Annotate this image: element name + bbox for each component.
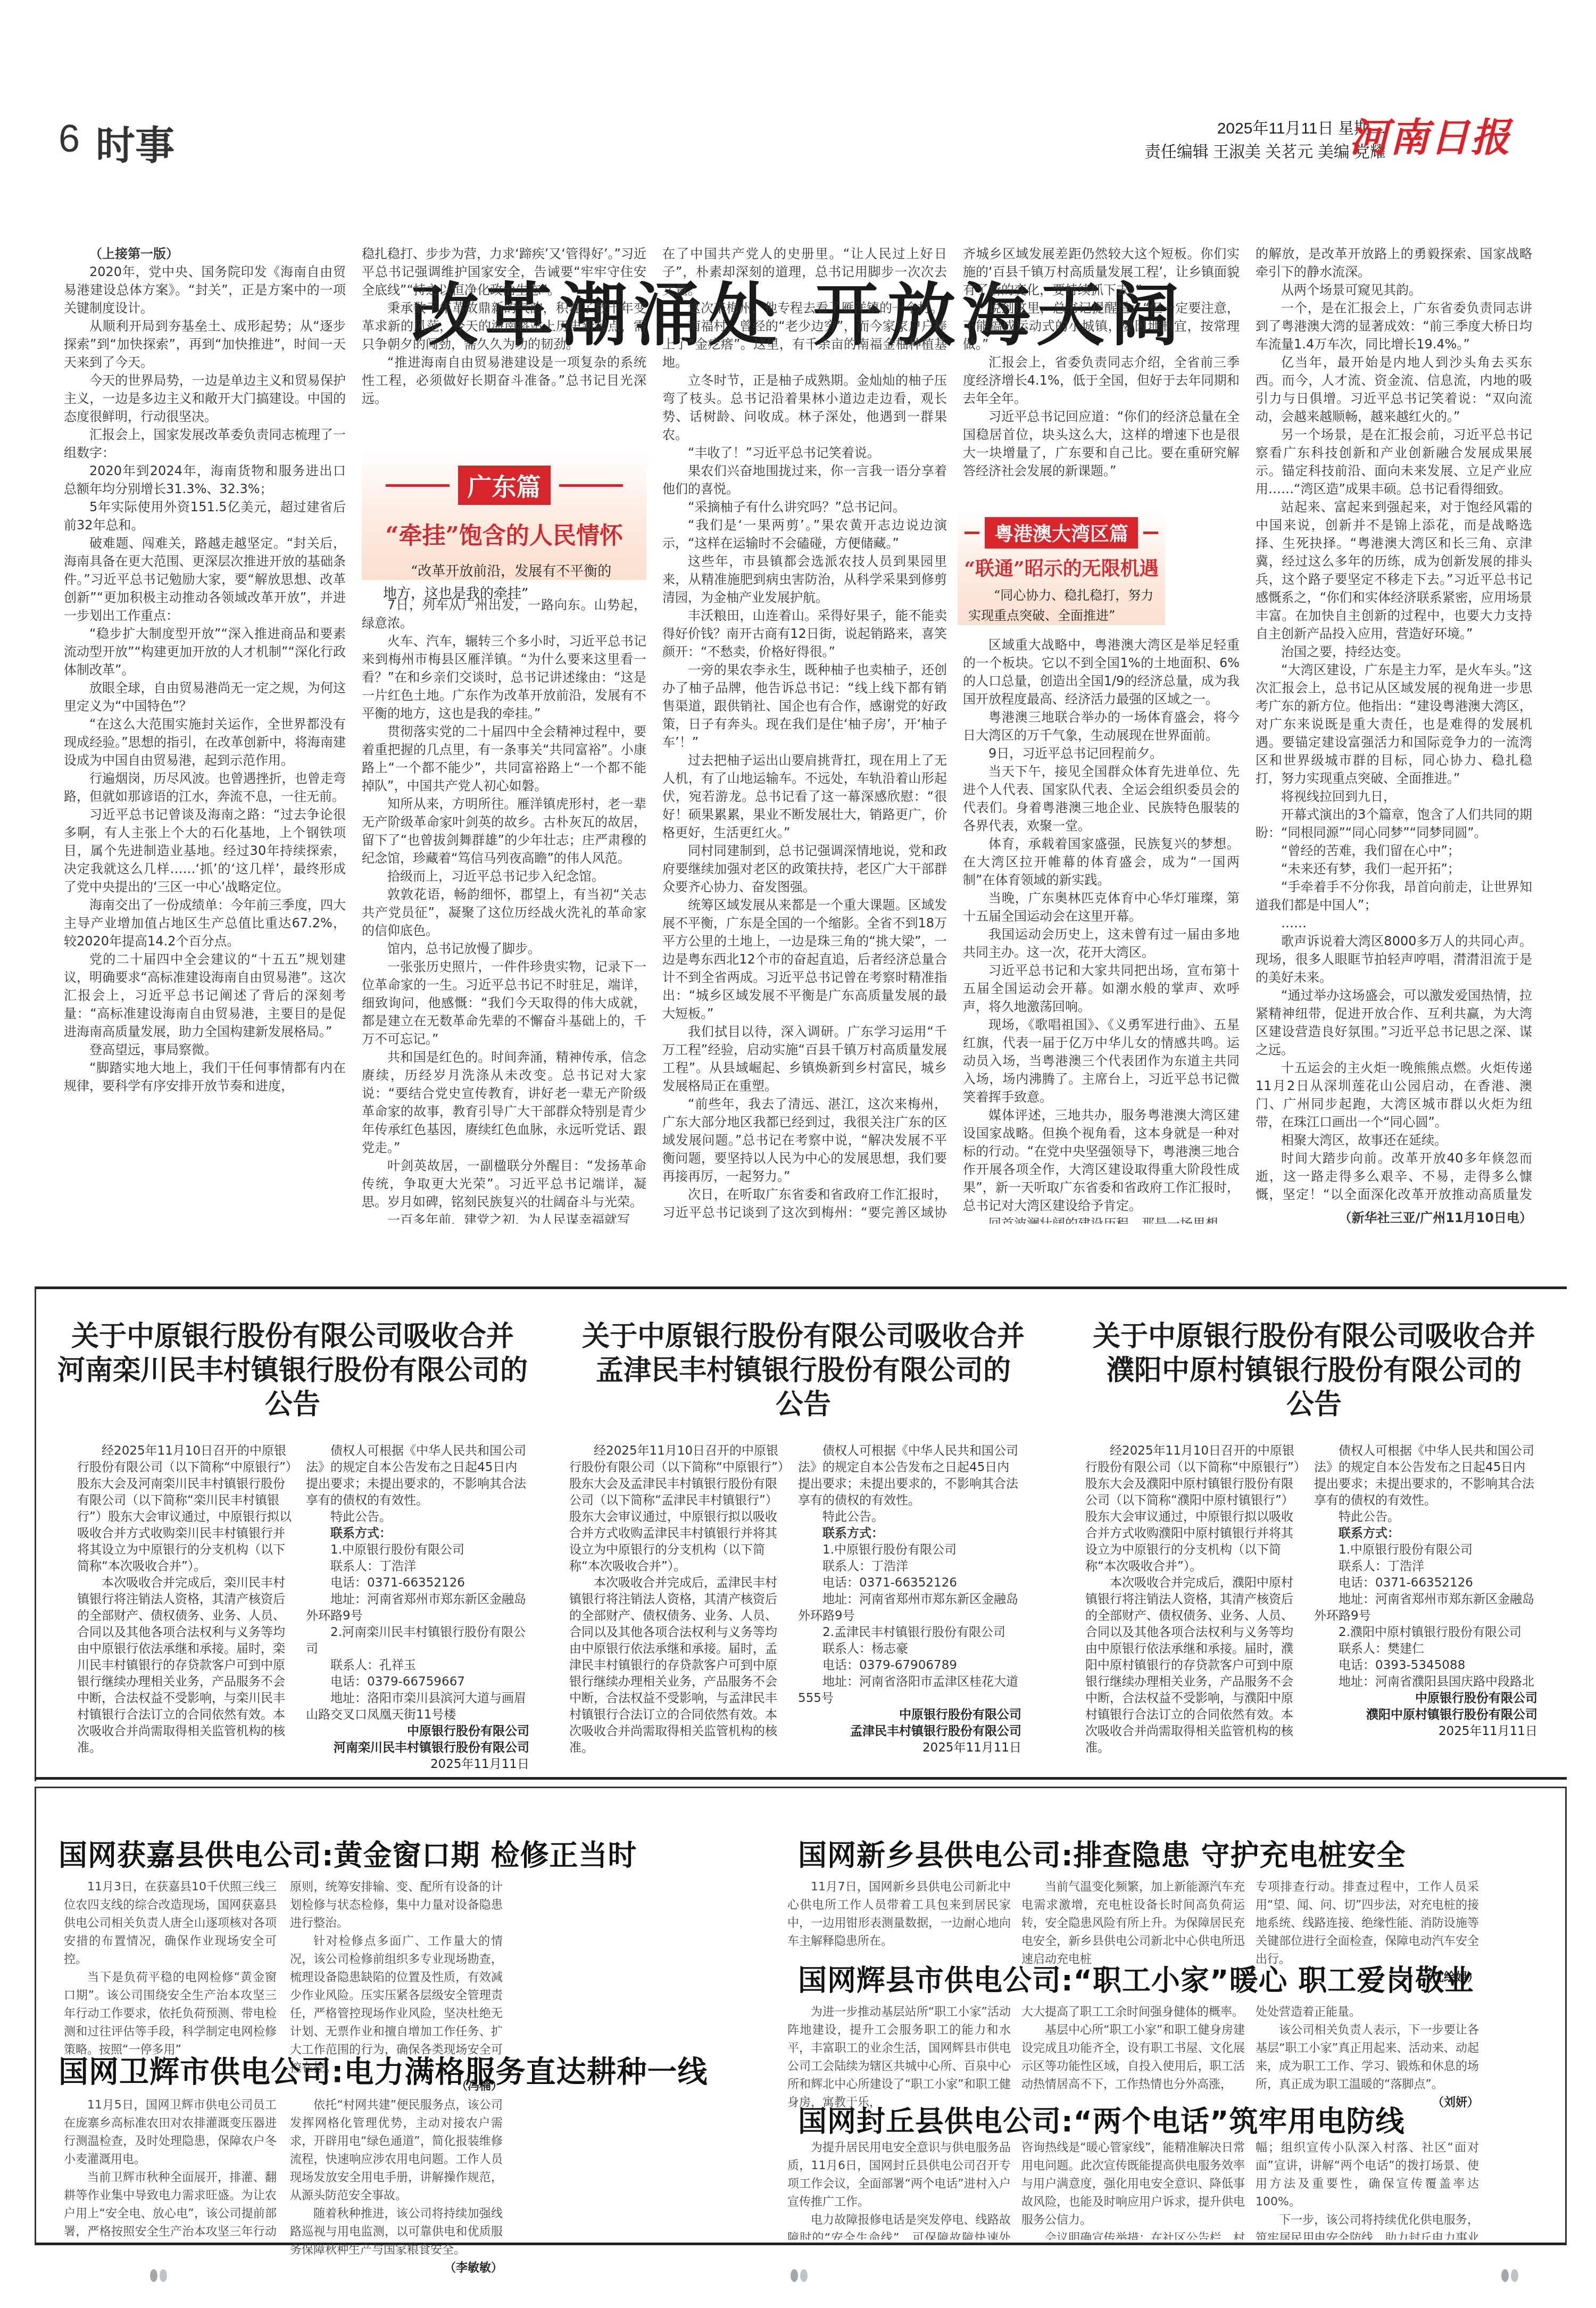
paragraph: 下一步，该公司将持续优化供电服务，筑牢居民用电安全防线，助力封丘电力事业高质量发… [1256, 2211, 1479, 2240]
paragraph: “在这么大范围实施封关运作，全世界都没有现成经验。”思想的指引，在改革创新中，将… [64, 715, 346, 769]
paragraph: “大湾区建设，广东是主力军，是火车头。”这次汇报会上，总书记从区域发展的视角进一… [1256, 661, 1532, 787]
paragraph: “脚踏实地大地上，我们干任何事情都有内在规律，要科学有序安排开放节奏和进度， [64, 1059, 346, 1095]
title-line: 公告 [548, 1388, 1059, 1422]
paragraph: 将视线拉回到九日， [1256, 787, 1532, 806]
section-name: 时事 [96, 114, 174, 171]
article-weihui-col1: 11月5日，国网卫辉市供电公司员工在庞寨乡高标准农田对农排灌溉变压器进行测温检查… [64, 2096, 277, 2237]
signatory: 中原银行股份有限公司 [1314, 1690, 1537, 1707]
paragraph: 会议明确宣传举措：在社区公告栏、村便民服务中心等醒目位置张贴海报、悬挂横 [1021, 2229, 1245, 2240]
contact-phone: 电话：0379-67906789 [798, 1657, 1021, 1674]
signatory: 孟津民丰村镇银行股份有限公司 [798, 1723, 1021, 1740]
decorative-rule [386, 484, 450, 487]
registration-mark [150, 2269, 167, 2282]
article-title-xinxiang: 国网新乡县供电公司:排查隐患 守护充电桩安全 [798, 1833, 1406, 1874]
title-line: 公告 [37, 1388, 548, 1422]
paragraph: 敦敦花语，畅韵细怀，郡望上，有当初“关志共产党员征”，凝聚了这位历经战火洗礼的革… [362, 885, 646, 940]
signatory: 中原银行股份有限公司 [306, 1723, 529, 1740]
paragraph: 相聚大湾区，故事还在延续。 [1256, 1131, 1532, 1149]
contact-phone: 电话：0379-66759667 [306, 1674, 529, 1690]
article-huixian-col3: 处处营造着正能量。 该公司相关负责人表示，下一步要让各基层“职工小家”真正用起来… [1256, 2003, 1479, 2112]
paragraph: 特此公告。 [306, 1509, 529, 1525]
paragraph: 习近平总书记和大家共同把出场，宣布第十五届全国运动会开幕。如潮水般的掌声、欢呼声… [963, 961, 1240, 1016]
paragraph: “未来还有梦，我们一起开拓”； [1256, 860, 1532, 878]
contact-phone: 电话：0371-66352126 [306, 1575, 529, 1591]
article-fengqiu-col3: 幅；组织宣传小队深入村落、社区“面对面”宣讲，讲解“两个电话”的拨打场景、使用方… [1256, 2139, 1479, 2240]
contact-heading: 联系方式： [1314, 1525, 1537, 1542]
paragraph: 债权人可根据《中华人民共和国公司法》的规定自本公告发布之日起45日内提出要求；未… [1314, 1443, 1537, 1509]
article-column-1: （上接第一版） 2020年，党中央、国务院印发《海南自由贸易港建设总体方案》。“… [64, 245, 346, 1224]
contact-person: 联系人：孔祥玉 [306, 1657, 529, 1674]
paragraph: 媒体评述，三地共办，服务粤港澳大湾区建设国家战略。但换个视角看，这本身就是一种对… [963, 1106, 1240, 1215]
paragraph: 时间大踏步向前。改革开放40多年倏忽而逝，这一路走得多么艰辛、不易，走得多么慷慨… [1256, 1149, 1532, 1202]
paragraph: 火车、汽车，辗转三个多小时，习近平总书记来到梅州市梅县区雁洋镇。“为什么要来这里… [362, 632, 646, 723]
article-huojia-col1: 11月3日，在获嘉县10千伏照三线三位农四支线的综合改造现场，国网获嘉县供电公司… [64, 1878, 277, 2059]
paragraph: 当前卫辉市秋种全面展开，排灌、翻耕等作业集中导致电力需求旺盛。为让农户用上“安全… [64, 2169, 277, 2237]
contact-org: 1.中原银行股份有限公司 [306, 1542, 529, 1558]
article-huixian-col2: 大大提高了职工工余时间强身健体的概率。 基层中心所“职工小家”和职工健身房建设完… [1021, 2003, 1245, 2094]
paragraph: 粤港澳三地联合举办的一场体育盛会，将今日大湾区的万千气象，生动展现在世界面前。 [963, 708, 1240, 744]
paragraph: 2020年，党中央、国务院印发《海南自由贸易港建设总体方案》。“封关”，正是方案… [64, 263, 346, 317]
paragraph: 过去把柚子运出山要肩挑背扛，现在用上了无人机，有了山地运输车。不远处，车轨沿着山… [662, 751, 947, 842]
title-line: 公告 [1059, 1388, 1569, 1422]
paragraph: “采摘柚子有什么讲究吗？”总书记问。 [662, 498, 947, 516]
paragraph: 随着秋种推进，该公司将持续加强线路巡视与用电监测，以可靠供电和优质服务保障秋种生… [290, 2205, 503, 2259]
contact-org: 2.濮阳中原村镇银行股份有限公司 [1314, 1624, 1537, 1641]
title-line: 关于中原银行股份有限公司吸收合并 [1059, 1319, 1569, 1354]
decorative-rule [1143, 532, 1158, 534]
dateline: （新华社三亚/广州11月10日电） [1256, 1209, 1532, 1227]
paragraph: 5年实际使用外资151.5亿美元，超过建省后前32年总和。 [64, 498, 346, 534]
paragraph: 当天下午，接见全国群众体育先进单位、先进个人代表、国家队代表、全运会组织委员会的… [963, 762, 1240, 835]
article-column-3: 在了中国共产党人的史册里。“让人民过上好日子”，朴素却深刻的道理，总书记用脚步一… [662, 245, 947, 1224]
paragraph: “手牵着手不分你我，昂首向前走，让世界知道我们都是中国人”； [1256, 878, 1532, 914]
gba-pullquote-box: 粤港澳大湾区篇 “联通”昭示的无限机遇 “同心协力、稳扎稳打，努力实现重点突破、… [958, 511, 1165, 625]
paragraph: 歌声诉说着大湾区8000多万人的共同心声。现场，很多人眼眶节拍轻声哼唱，潸潸泪流… [1256, 932, 1532, 986]
contact-org: 1.中原银行股份有限公司 [1314, 1542, 1537, 1558]
article-title-huixian: 国网辉县市供电公司:“职工小家”暖心 职工爱岗敬业 [798, 1958, 1474, 1999]
paragraph: 经2025年11月10日召开的中原银行股份有限公司（以下简称“中原银行”）股东大… [1085, 1443, 1303, 1575]
notice-luanchuan: 关于中原银行股份有限公司吸收合并 河南栾川民丰村镇银行股份有限公司的 公告 经2… [37, 1319, 548, 1773]
contact-person: 联系人：杨志豪 [798, 1641, 1021, 1657]
paragraph: 行遍烟岗，历尽风波。也曾遇挫折，也曾走弯路，但就如那谚语的江水，奔流不息，一往无… [64, 769, 346, 806]
paragraph: 一旁的果农李永生，既种柚子也卖柚子，还创办了柚子品牌，他告诉总书记：“线上线下都… [662, 661, 947, 751]
article-xinxiang-col2: 当前气温变化频繁，加上新能源汽车充电需求激增，充电桩设备长时间高负荷运转，安全隐… [1021, 1878, 1245, 1969]
newspaper-logo: 河南日报 [1349, 106, 1511, 163]
paragraph: 这些年，市县镇都会选派农技人员到果园里来，从精准施肥到病虫害防治，从科学采果到修… [662, 552, 947, 607]
registration-mark [791, 2269, 808, 2282]
article-title-huojia: 国网获嘉县供电公司:黄金窗口期 检修正当时 [59, 1833, 637, 1874]
paragraph: 今天的世界局势，一边是单边主义和贸易保护主义，一边是多边主义和敞开大门搞建设。中… [64, 371, 346, 426]
paragraph: 经2025年11月10日召开的中原银行股份有限公司（以下简称“中原银行”）股东大… [569, 1443, 787, 1575]
paragraph: 回首波澜壮阔的建设历程，那是一场思想 [963, 1215, 1240, 1224]
paragraph: 馆内，总书记放慢了脚步。 [362, 940, 646, 958]
paragraph: 幅；组织宣传小队深入村落、社区“面对面”宣讲，讲解“两个电话”的拨打场景、使用方… [1256, 2139, 1479, 2211]
subsection-title: “联通”昭示的无限机遇 [958, 554, 1165, 581]
notice-left-column: 经2025年11月10日召开的中原银行股份有限公司（以下简称“中原银行”）股东大… [569, 1443, 787, 1756]
paragraph: 共和国是红色的。时间奔涌，精神传承，信念赓续，历经岁月洗涤从未改变。总书记对大家… [362, 1048, 646, 1157]
paragraph: 我国运动会历史上，这未曾有过一届由多地共同主办。这一次，花开大湾区。 [963, 925, 1240, 961]
decorative-rule [965, 532, 979, 534]
paragraph: 习近平总书记回应道：“你们的经济总量在全国稳居首位，块头这么大，这样的增速下也是… [963, 408, 1240, 479]
paragraph: 特此公告。 [798, 1509, 1021, 1525]
paragraph: 党的二十届四中全会建议的“十五五”规划建议，明确要求“高标准建设海南自由贸易港”… [64, 950, 346, 1041]
paragraph: 9日，习近平总书记回程前夕。 [963, 744, 1240, 762]
notice-title: 关于中原银行股份有限公司吸收合并 濮阳中原村镇银行股份有限公司的 公告 [1059, 1319, 1569, 1422]
paragraph: 在了中国共产党人的史册里。“让人民过上好日子”，朴素却深刻的道理，总书记用脚步一… [662, 245, 947, 299]
paragraph: 站起来、富起来到强起来，对于饱经风霜的中国来说，创新并不是锦上添花，而是战略选择… [1256, 498, 1532, 643]
paragraph: 11月5日，国网卫辉市供电公司员工在庞寨乡高标准农田对农排灌溉变压器进行测温检查… [64, 2096, 277, 2169]
article-title-fengqiu: 国网封丘县供电公司:“两个电话”筑牢用电防线 [798, 2099, 1405, 2140]
paragraph: 当下是负荷平稳的电网检修“黄金窗口期”。该公司围绕安全生产治本攻坚三年行动工作要… [64, 1969, 277, 2059]
paragraph: …… [1256, 914, 1532, 932]
paragraph: 区域重大战略中，粤港澳大湾区是举足轻重的一个板块。它以不到全国1%的土地面积、6… [963, 636, 1240, 708]
paragraph: 原则，统筹安排输、变、配所有设备的计划检修与状态检修，集中力量对设备隐患进行整治… [290, 1878, 503, 1932]
paragraph: “前些年，我去了清远、湛江，这次来梅州，广东大部分地区我都已经到过，我很关注广东… [662, 1095, 947, 1185]
pull-quote: “同心协力、稳扎稳打，努力实现重点突破、全面推进” [958, 585, 1165, 626]
contact-person: 联系人：丁浩洋 [1314, 1558, 1537, 1575]
notice-right-column: 债权人可根据《中华人民共和国公司法》的规定自本公告发布之日起45日内提出要求；未… [1314, 1443, 1537, 1756]
paragraph: “推进海南自由贸易港建设是一项复杂的系统性工程，必须做好长期奋斗准备。”总书记目… [362, 353, 646, 408]
contact-phone: 电话：0393-5345088 [1314, 1657, 1537, 1674]
guangdong-pullquote-box: 广东篇 “牵挂”饱含的人民情怀 “改革开放前沿，发展有不平衡的地方，这也是我的牵… [362, 450, 646, 580]
notice-right-column: 债权人可根据《中华人民共和国公司法》的规定自本公告发布之日起45日内提出要求；未… [306, 1443, 529, 1773]
paragraph: 齐城乡区域发展差距仍然较大这个短板。你们实施的‘百县千镇万村高质量发展工程’，让… [963, 245, 1240, 299]
paragraph: 处处营造着正能量。 [1256, 2003, 1479, 2021]
paragraph: “稳步扩大制度型开放”“深入推进商品和要素流动型开放”“构建更加开放的人才机制”… [64, 625, 346, 679]
contact-person: 联系人：丁浩洋 [798, 1558, 1021, 1575]
paragraph: 当晚，广东奥林匹克体育中心华灯璀璨，第十五届全国运动会在这里开幕。 [963, 889, 1240, 925]
notice-date: 2025年11月11日 [798, 1740, 1021, 1756]
notice-title: 关于中原银行股份有限公司吸收合并 河南栾川民丰村镇银行股份有限公司的 公告 [37, 1319, 548, 1422]
contact-heading: 联系方式： [306, 1525, 529, 1542]
paragraph: 登高望远，事局察微。 [64, 1041, 346, 1059]
paragraph: 本次吸收合并完成后，濮阳中原村镇银行将注销法人资格，其清产核资后的全部财产、债权… [1085, 1575, 1303, 1756]
paragraph: 该公司相关负责人表示，下一步要让各基层“职工小家”真正用起来、活动来、动起来，成… [1256, 2021, 1479, 2094]
article-column-2-bottom: 7日，列车从广州出发，一路向东。山势起，绿意浓。 火车、汽车，辗转三个多小时，习… [362, 596, 646, 1224]
article-xinxiang-col1: 11月7日，国网新乡县供电公司新北中心供电所工作人员带着工具包来到居民家中，一边… [787, 1878, 1011, 1950]
notice-date: 2025年11月11日 [306, 1756, 529, 1773]
notice-left-column: 经2025年11月10日召开的中原银行股份有限公司（以下简称“中原银行”）股东大… [1085, 1443, 1303, 1756]
paragraph: 特此公告。 [1314, 1509, 1537, 1525]
contact-address: 地址：河南省郑州市郑东新区金融岛外环路9号 [1314, 1591, 1537, 1624]
registration-mark [1501, 2269, 1518, 2282]
paragraph: 本次吸收合并完成后，栾川民丰村镇银行将注销法人资格，其清产核资后的全部财产、债权… [77, 1575, 295, 1756]
title-line: 孟津民丰村镇银行股份有限公司的 [548, 1354, 1059, 1388]
paragraph: 11月3日，在获嘉县10千伏照三线三位农四支线的综合改造现场，国网获嘉县供电公司… [64, 1878, 277, 1969]
title-line: 河南栾川民丰村镇银行股份有限公司的 [37, 1354, 548, 1388]
paragraph: 依托“村网共建”便民服务点，该公司发挥网格化管理优势，主动对接农户需求，开辟用电… [290, 2096, 503, 2205]
article-column-4-bottom: 区域重大战略中，粤港澳大湾区是举足轻重的一个板块。它以不到全国1%的土地面积、6… [963, 636, 1240, 1224]
paragraph: 大大提高了职工工余时间强身健体的概率。 [1021, 2003, 1245, 2021]
contact-person: 联系人：丁浩洋 [306, 1558, 529, 1575]
signatory: 濮阳中原村镇银行股份有限公司 [1314, 1707, 1537, 1723]
paragraph: 11月7日，国网新乡县供电公司新北中心供电所工作人员带着工具包来到居民家中，一边… [787, 1878, 1011, 1950]
paragraph: 亿当年，最开始是内地人到沙头角去买东西。而今，人才流、资金流、信息流，内地的吸引… [1256, 353, 1532, 426]
paragraph: 咨询热线是“暖心管家线”，能精准解决日常用电问题。此次宣传既能提高供电服务效率与… [1021, 2139, 1245, 2229]
paragraph: 海南交出了一份成绩单：今年前三季度，四大主导产业增加值占地区生产总值比重达67.… [64, 896, 346, 950]
paragraph: 统筹区域发展从来都是一个重大课题。区域发展不平衡，广东是全国的一个缩影。全省不到… [662, 896, 947, 1023]
paragraph: 电力故障报修电话是突发停电、线路故障时的“安全生命线”，可保障故障快速处置；电力 [787, 2211, 1011, 2240]
paragraph: 2020年到2024年，海南货物和服务进出口总额年均分别增长31.3%、32.3… [64, 462, 346, 498]
article-column-5: 的解放，是改革开放路上的勇毅探索、国家战略牵引下的静水流深。 从两个场景可窥见其… [1256, 245, 1532, 1202]
section-tag: 广东篇 [458, 466, 551, 505]
decorative-rule [559, 484, 623, 487]
paragraph: 一百多年前，建党之初，为人民谋幸福就写 [362, 1211, 646, 1224]
author-credit: （李敏敏） [290, 2259, 503, 2277]
article-column-4-top: 齐城乡区域发展差距仍然较大这个短板。你们实施的‘百县千镇万村高质量发展工程’，让… [963, 245, 1240, 479]
paragraph: 一张张历史照片，一件件珍贵实物，记录下一位革命家的一生。习近平总书记不时驻足，端… [362, 958, 646, 1048]
notice-right-column: 债权人可根据《中华人民共和国公司法》的规定自本公告发布之日起45日内提出要求；未… [798, 1443, 1021, 1756]
paragraph: 当前气温变化频繁，加上新能源汽车充电需求激增，充电桩设备长时间高负荷运转，安全隐… [1021, 1878, 1245, 1969]
paragraph: 拾级而上，习近平总书记步入纪念馆。 [362, 867, 646, 885]
contact-address: 地址：河南省洛阳市孟津区桂花大道555号 [798, 1674, 1021, 1707]
signatory: 河南栾川民丰村镇银行股份有限公司 [306, 1740, 529, 1756]
paragraph: 贯彻落实党的二十届四中全会精神过程中，要着重把握的几点里，有一条事关“共同富裕”… [362, 723, 646, 795]
title-line: 濮阳中原村镇银行股份有限公司的 [1059, 1354, 1569, 1388]
paragraph: 汇报会上，国家发展改革委负责同志梳理了一组数字： [64, 426, 346, 462]
paragraph: 放眼全球，自由贸易港尚无一定之规，为何这里定义为“中国特色”？ [64, 679, 346, 715]
paragraph: 稳扎稳打、步步为营，力求‘蹄疾’又‘管得好’。”习近平总书记强调维护国家安全，告… [362, 245, 646, 299]
paragraph: 7日，列车从广州出发，一路向东。山势起，绿意浓。 [362, 596, 646, 632]
article-column-2-top: 稳扎稳打、步步为营，力求‘蹄疾’又‘管得好’。”习近平总书记强调维护国家安全，告… [362, 245, 646, 431]
paragraph: 本次吸收合并完成后，孟津民丰村镇银行将注销法人资格，其清产核资后的全部财产、债权… [569, 1575, 787, 1756]
paragraph: 体育，承载着国家盛强，民族复兴的梦想。在大湾区拉开帷幕的体育盛会，成为“一国两制… [963, 835, 1240, 889]
paragraph: 秉承数千年革故鼎新的气韵，积淀了数十年变革求新的风范，今天的海南将站上历史新起点… [362, 299, 646, 353]
contact-org: 1.中原银行股份有限公司 [798, 1542, 1021, 1558]
paragraph: 债权人可根据《中华人民共和国公司法》的规定自本公告发布之日起45日内提出要求；未… [306, 1443, 529, 1509]
paragraph: 治国之要，持经达变。 [1256, 643, 1532, 661]
paragraph: “丰收了！”习近平总书记笑着说。 [662, 444, 947, 462]
paragraph: “曾经的苦难，我们留在心中”； [1256, 842, 1532, 860]
paragraph: 这次来梅州，他专程去看了雁洋镇的一个村。 [662, 299, 947, 317]
paragraph: 同村同建制到，总书记强调深情地说，党和政府要继续加强对老区的政策扶持，老区广大干… [662, 842, 947, 896]
article-weihui-col2: 依托“村网共建”便民服务点，该公司发挥网格化管理优势，主动对接农户需求，开辟用电… [290, 2096, 503, 2277]
signatory: 中原银行股份有限公司 [798, 1707, 1021, 1723]
notice-puyang: 关于中原银行股份有限公司吸收合并 濮阳中原村镇银行股份有限公司的 公告 经202… [1059, 1319, 1569, 1756]
notice-title: 关于中原银行股份有限公司吸收合并 孟津民丰村镇银行股份有限公司的 公告 [548, 1319, 1059, 1422]
paragraph: 为提升居民用电安全意识与供电服务品质，11月6日，国网封丘县供电公司召开专项工作… [787, 2139, 1011, 2211]
paragraph: 从两个场景可窥见其韵。 [1256, 281, 1532, 299]
paragraph: 南福村，曾经的“老少边穷”，而今家家户户捧上了“金疙瘩”。这里，有千余亩的南福金… [662, 317, 947, 371]
paragraph: 知所从来，方明所往。雁洋镇虎形村，老一辈无产阶级革命家叶剑英的故乡。古朴灰瓦的故… [362, 795, 646, 867]
title-line: 关于中原银行股份有限公司吸收合并 [37, 1319, 548, 1354]
section-divider [35, 1777, 1567, 1780]
paragraph: 次日，在听取广东省委和省政府工作汇报时，习近平总书记谈到了这次到梅州：“要完善区… [662, 1185, 947, 1224]
title-line: 关于中原银行股份有限公司吸收合并 [548, 1319, 1059, 1354]
paragraph: 果农们兴奋地围拢过来，你一言我一语分享着他们的喜悦。 [662, 462, 947, 498]
paragraph: 债权人可根据《中华人民共和国公司法》的规定自本公告发布之日起45日内提出要求；未… [798, 1443, 1021, 1509]
paragraph: 经2025年11月10日召开的中原银行股份有限公司（以下简称“中原银行”）股东大… [77, 1443, 295, 1575]
article-huixian-col1: 为进一步推动基层站所“职工小家”活动阵地建设，提升工会服务职工的能力和水平，丰富… [787, 2003, 1011, 2112]
paragraph: “我们是‘一果两剪’。”果农黄开志边说边演示，“这样在运输时不会磕碰，方便储藏。… [662, 516, 947, 552]
paragraph: 开幕式演出的3个篇章，饱含了人们共同的期盼：“同根同源”“同心同梦”“同梦同圆”… [1256, 806, 1532, 842]
paragraph: 我们拭目以待，深入调研。广东学习运用“千万工程”经验，启动实施“百县千镇万村高质… [662, 1023, 947, 1095]
notice-date: 2025年11月11日 [1314, 1723, 1537, 1740]
contact-org: 2.孟津民丰村镇银行股份有限公司 [798, 1624, 1021, 1641]
contact-address: 地址：河南省郑州市郑东新区金融岛外环路9号 [306, 1591, 529, 1624]
contact-org: 2.河南栾川民丰村镇银行股份有限公司 [306, 1624, 529, 1657]
contact-phone: 电话：0371-66352126 [798, 1575, 1021, 1591]
paragraph: 习近平总书记曾谈及海南之路：“过去争论很多啊，有人主张上个大的石化基地，上个钢铁… [64, 806, 346, 896]
paragraph: 立冬时节，正是柚子成熟期。金灿灿的柚子压弯了枝头。总书记沿着果林小道边走边看，观… [662, 371, 947, 444]
paragraph: 另一个场景，是在汇报会前，习近平总书记察看广东科技创新和产业创新融合发展成果展示… [1256, 426, 1532, 498]
paragraph: 基层中心所“职工小家”和职工健身房建设完成且功能齐全，设有职工书屋、文化展示区等… [1021, 2021, 1245, 2094]
page-number: 6 [59, 117, 83, 161]
contact-address: 地址：洛阳市栾川县滨河大道与画眉山路交叉口凤凰天街11号楼 [306, 1690, 529, 1723]
paragraph: 从顺利开局到夯基垒土、成形起势；从“逐步探索”到“加快探索”，再到“加快推进”，… [64, 317, 346, 371]
paragraph: 的解放，是改革开放路上的勇毅探索、国家战略牵引下的静水流深。 [1256, 245, 1532, 281]
paragraph: 丰沃粮田，山连着山。采得好果子，能不能卖得好价钱？南开古商有12日街，说起销路来… [662, 607, 947, 661]
notice-left-column: 经2025年11月10日召开的中原银行股份有限公司（以下简称“中原银行”）股东大… [77, 1443, 295, 1773]
contact-phone: 电话：0371-66352126 [1314, 1575, 1537, 1591]
contact-address: 地址：河南省濮阳县国庆路中段路北 [1314, 1674, 1537, 1690]
contact-person: 联系人：樊建仁 [1314, 1641, 1537, 1657]
contact-address: 地址：河南省郑州市郑东新区金融岛外环路9号 [798, 1591, 1021, 1624]
paragraph: 破难题、闯难关，路越走越坚定。“封关后，海南具备在更大范围、更深层次推进开放的基… [64, 534, 346, 625]
article-fengqiu-col2: 咨询热线是“暖心管家线”，能精准解决日常用电问题。此次宣传既能提高供电服务效率与… [1021, 2139, 1245, 2240]
paragraph: 一个，是在汇报会上，广东省委负责同志讲到了粤港澳大湾的显著成效：“前三季度大桥日… [1256, 299, 1532, 353]
paragraph: 汇报会上，省委负责同志介绍，全省前三季度经济增长4.1%，低于全国，但好于去年同… [963, 353, 1240, 408]
subsection-title: “牵挂”饱含的人民情怀 [362, 517, 646, 551]
contact-heading: 联系方式： [798, 1525, 1021, 1542]
paragraph: 叶剑英故居，一副楹联分外醒目：“发扬革命传统，争取更大光荣”。习近平总书记端详，… [362, 1157, 646, 1211]
paragraph: 现场，《歌唱祖国》、《义勇军进行曲》、五星红旗，代表一届于亿万中华儿女的情感共鸣… [963, 1016, 1240, 1106]
paragraph: 为进一步推动基层站所“职工小家”活动阵地建设，提升工会服务职工的能力和水平，丰富… [787, 2003, 1011, 2112]
article-fengqiu-col1: 为提升居民用电安全意识与供电服务品质，11月6日，国网封丘县供电公司召开专项工作… [787, 2139, 1011, 2240]
article-title-weihui: 国网卫辉市供电公司:电力满格服务直达耕种一线 [59, 2048, 708, 2091]
paragraph: 十五运会的主火炬一晚熊熊点燃。火炬传递11月2日从深圳莲花山公园启动，在香港、澳… [1256, 1059, 1532, 1131]
paragraph: 说到这里，总书记提醒道：“但一定要注意，不能搞成运动式的小城镇，要因地制宜，按常… [963, 299, 1240, 353]
notice-mengjin: 关于中原银行股份有限公司吸收合并 孟津民丰村镇银行股份有限公司的 公告 经202… [548, 1319, 1059, 1756]
paragraph: “通过举办这场盛会，可以激发爱国热情，拉紧精神纽带，促进开放合作、互利共赢，为大… [1256, 986, 1532, 1059]
section-tag: 粤港澳大湾区篇 [985, 517, 1138, 549]
paragraph: 专项排查行动。排查过程中，工作人员采用“望、闻、问、切”四步法，对充电桩的接地系… [1256, 1878, 1479, 1969]
continued-note: （上接第一版） [64, 245, 346, 263]
